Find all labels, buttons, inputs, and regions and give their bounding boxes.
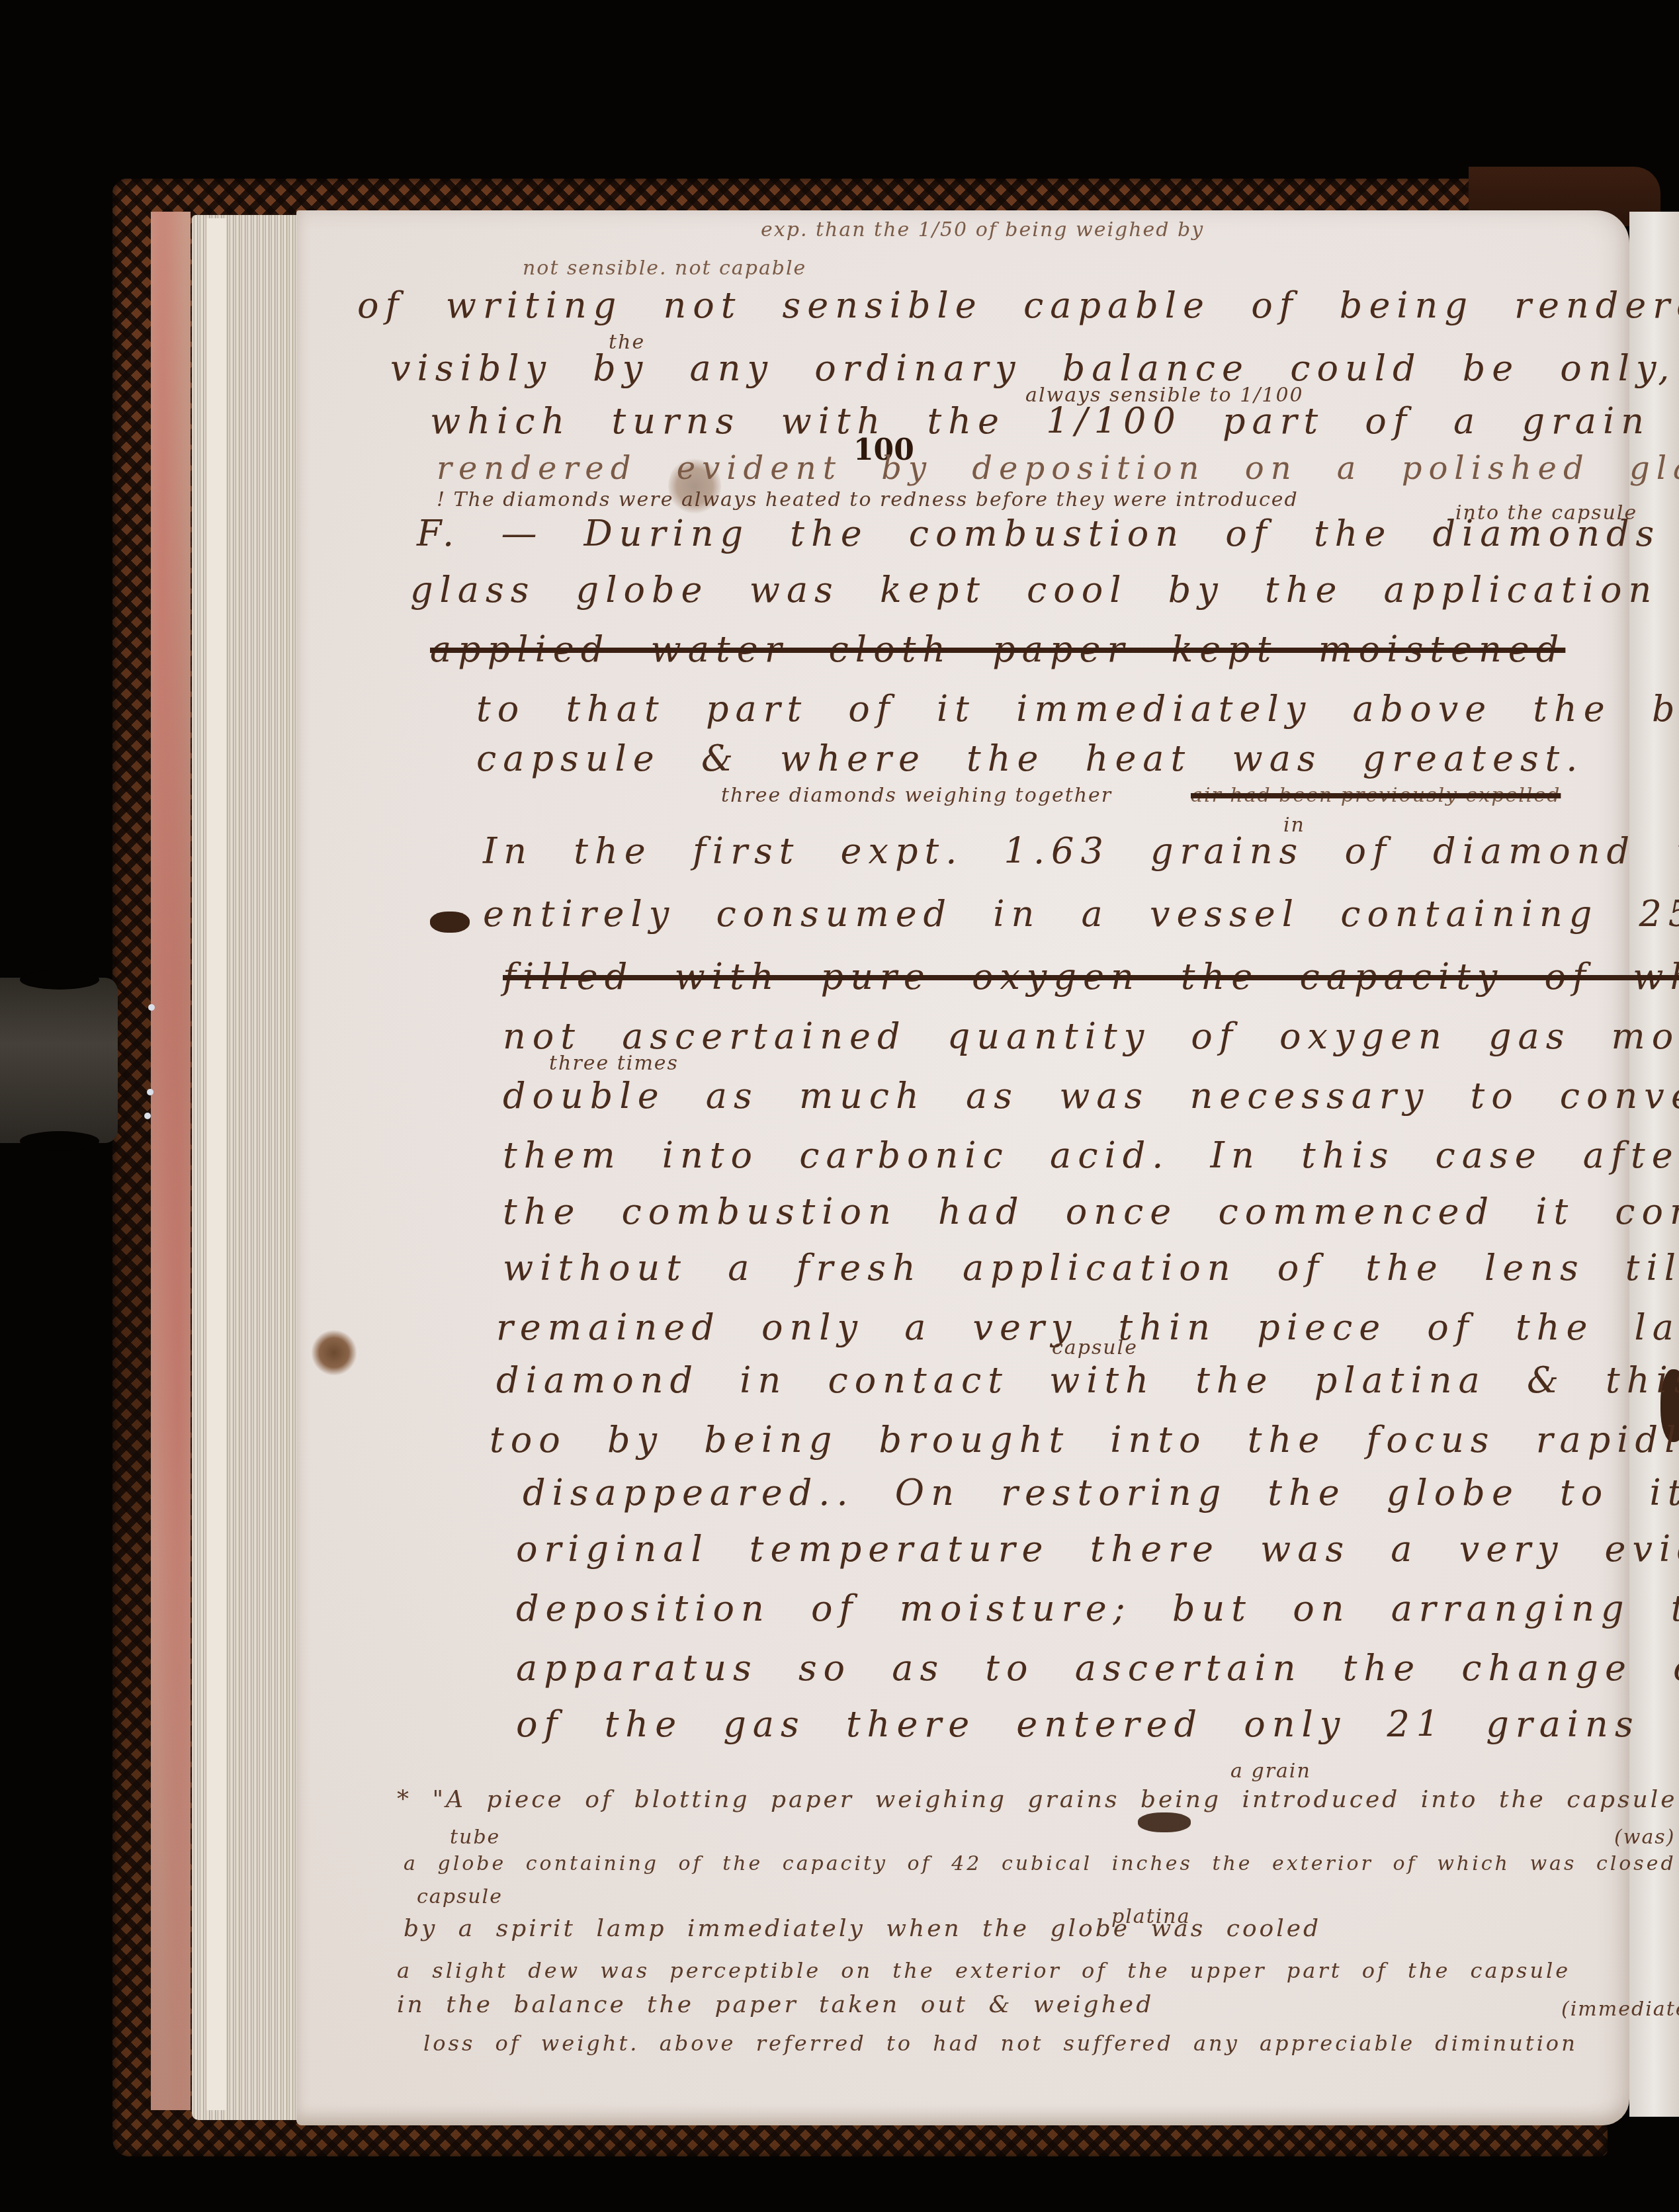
clasp-rivet-icon [148, 1004, 155, 1011]
footnote-line-5: in the balance the paper taken out & wei… [397, 1991, 1154, 2018]
text-line-20: too by being brought into the focus rapi… [490, 1419, 1679, 1461]
text-line-7-struck: applied water cloth paper kept moistened [430, 628, 1565, 670]
footnote-insertion-tube: tube [450, 1826, 500, 1849]
insertion-line-10: three diamonds weighing together [721, 784, 1112, 807]
text-line-5: F. — During the combustion of the diamon… [417, 513, 1679, 554]
text-line-11: entirely consumed in a vessel containing… [483, 893, 1679, 935]
clasp-rivet-icon [144, 1113, 151, 1119]
insertion-line-10-struck: air had been previously expelled [1191, 784, 1561, 807]
text-line-17: without a fresh application of the lens … [503, 1247, 1679, 1289]
insertion-line-1a: exp. than the 1/50 of being weighed by [761, 218, 1204, 241]
text-line-13: not ascertained quantity of oxygen gas m… [503, 1015, 1679, 1057]
text-line-25: of the gas there entered only 21 grains … [516, 1703, 1679, 1745]
footnote-line-1: * "A piece of blotting paper weighing gr… [397, 1786, 1678, 1813]
text-line-12-struck: filled with pure oxygen the capacity of … [503, 956, 1679, 998]
text-line-23: deposition of moisture; but on arranging… [516, 1588, 1679, 1629]
footnote-insertion-platina: platina [1111, 1905, 1191, 1928]
insertion-line-4: ! The diamonds were always heated to red… [437, 488, 1299, 511]
text-line-14: double as much as was necessary to conve… [503, 1075, 1679, 1117]
text-line-4: rendered evident by deposition on a poli… [437, 450, 1679, 487]
footnote-margin-immediately: (immediately) [1561, 1998, 1679, 2021]
text-line-22: original temperature there was a very ev… [516, 1528, 1679, 1570]
footnote-line-2: a globe containing of the capacity of 42… [404, 1852, 1679, 1875]
text-line-1: of writing not sensible capable of being… [357, 284, 1679, 326]
clasp-rivet-icon [147, 1089, 153, 1095]
insertion-line-1b: not sensible. not capable [523, 257, 806, 280]
text-line-15: them into carbonic acid. In this case af… [503, 1134, 1679, 1176]
ink-stain [311, 1330, 357, 1376]
text-line-16: the combustion had once commenced it con… [503, 1191, 1679, 1232]
ink-blot [1138, 1812, 1191, 1832]
footnote-margin-was: (was) [1614, 1826, 1675, 1849]
insertion-caret-in: in [1283, 814, 1305, 837]
footnote-insertion-capsule: capsule [417, 1885, 503, 1908]
text-line-2: visibly by any ordinary balance could be… [390, 347, 1679, 389]
text-line-8: to that part of it immediately above the… [476, 688, 1679, 730]
text-line-9: capsule & where the heat was greatest. [476, 738, 1584, 779]
text-line-24: apparatus so as to ascertain the change … [516, 1647, 1679, 1689]
footnote-line-6: loss of weight. above referred to had no… [423, 2031, 1578, 2056]
marbled-endpaper [151, 212, 191, 2110]
text-line-6: glass globe was kept cool by the applica… [410, 569, 1679, 611]
metal-clasp [0, 978, 118, 1143]
flyleaf-edge [206, 218, 226, 2110]
text-line-3: which turns with the 1/100 part of a gra… [430, 400, 1679, 442]
footnote-line-4: a slight dew was perceptible on the exte… [397, 1958, 1571, 1983]
text-line-21: disappeared.. On restoring the globe to … [523, 1472, 1679, 1513]
ink-blot-circle [430, 912, 470, 933]
text-line-10: In the first expt. 1.63 grains of diamon… [483, 830, 1679, 872]
insertion-line-19: capsule [1052, 1336, 1138, 1359]
footnote-insertion-grain: a grain [1230, 1760, 1311, 1783]
insertion-line-14: three times [549, 1052, 679, 1075]
text-line-19: diamond in contact with the platina & th… [496, 1359, 1679, 1401]
